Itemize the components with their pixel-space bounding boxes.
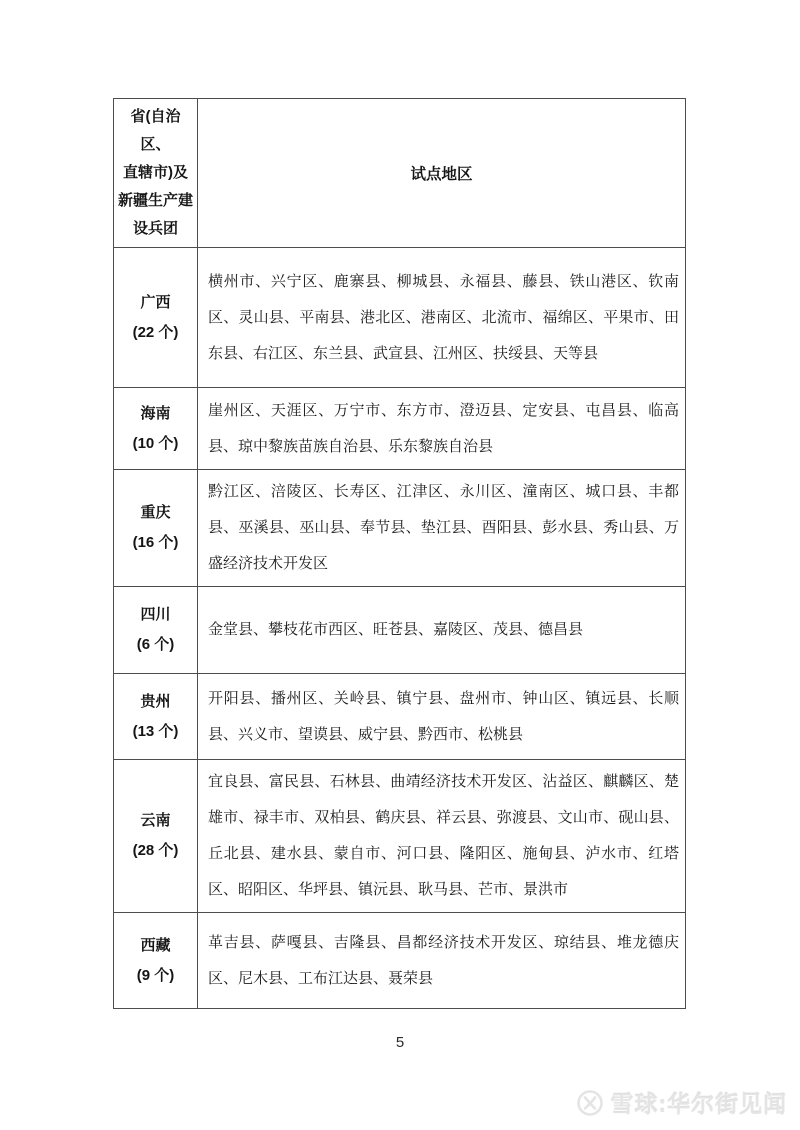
province-cell: 云南 (28 个): [114, 760, 198, 913]
province-count: (6 个): [116, 630, 195, 660]
areas-cell: 横州市、兴宁区、鹿寨县、柳城县、永福县、藤县、铁山港区、钦南区、灵山县、平南县、…: [198, 248, 686, 388]
province-cell: 贵州 (13 个): [114, 674, 198, 760]
xueqiu-logo-icon: [576, 1089, 604, 1117]
province-cell: 广西 (22 个): [114, 248, 198, 388]
province-count: (28 个): [116, 836, 195, 866]
province-count: (9 个): [116, 961, 195, 991]
province-count: (13 个): [116, 717, 195, 747]
province-name: 广西: [116, 288, 195, 318]
table-row: 重庆 (16 个) 黔江区、涪陵区、长寿区、江津区、永川区、潼南区、城口县、丰都…: [114, 470, 686, 587]
header-pilot-areas-cell: 试点地区: [198, 99, 686, 248]
province-cell: 重庆 (16 个): [114, 470, 198, 587]
table-row: 四川 (6 个) 金堂县、攀枝花市西区、旺苍县、嘉陵区、茂县、德昌县: [114, 587, 686, 674]
areas-cell: 宜良县、富民县、石林县、曲靖经济技术开发区、沾益区、麒麟区、楚雄市、禄丰市、双柏…: [198, 760, 686, 913]
province-name: 四川: [116, 600, 195, 630]
header-province-line: 省(自治区、: [116, 103, 195, 159]
table-row: 云南 (28 个) 宜良县、富民县、石林县、曲靖经济技术开发区、沾益区、麒麟区、…: [114, 760, 686, 913]
table-row: 广西 (22 个) 横州市、兴宁区、鹿寨县、柳城县、永福县、藤县、铁山港区、钦南…: [114, 248, 686, 388]
province-count: (10 个): [116, 429, 195, 459]
areas-cell: 黔江区、涪陵区、长寿区、江津区、永川区、潼南区、城口县、丰都县、巫溪县、巫山县、…: [198, 470, 686, 587]
province-name: 海南: [116, 399, 195, 429]
province-name: 贵州: [116, 687, 195, 717]
areas-cell: 金堂县、攀枝花市西区、旺苍县、嘉陵区、茂县、德昌县: [198, 587, 686, 674]
province-cell: 四川 (6 个): [114, 587, 198, 674]
areas-cell: 开阳县、播州区、关岭县、镇宁县、盘州市、钟山区、镇远县、长顺县、兴义市、望谟县、…: [198, 674, 686, 760]
province-cell: 西藏 (9 个): [114, 913, 198, 1009]
header-province-line: 直辖市)及: [116, 159, 195, 187]
province-name: 西藏: [116, 931, 195, 961]
province-cell: 海南 (10 个): [114, 388, 198, 470]
table-row: 海南 (10 个) 崖州区、天涯区、万宁市、东方市、澄迈县、定安县、屯昌县、临高…: [114, 388, 686, 470]
page-number: 5: [0, 1034, 800, 1051]
province-name: 重庆: [116, 498, 195, 528]
header-province-line: 设兵团: [116, 215, 195, 243]
province-count: (22 个): [116, 318, 195, 348]
province-name: 云南: [116, 806, 195, 836]
document-page: 省(自治区、 直辖市)及 新疆生产建 设兵团 试点地区 广西 (22 个) 横州…: [0, 0, 800, 1130]
areas-cell: 革吉县、萨嘎县、吉隆县、昌都经济技术开发区、琼结县、堆龙德庆区、尼木县、工布江达…: [198, 913, 686, 1009]
watermark-text: 雪球:华尔街见闻: [610, 1086, 787, 1119]
header-province-line: 新疆生产建: [116, 187, 195, 215]
province-count: (16 个): [116, 528, 195, 558]
table-row: 西藏 (9 个) 革吉县、萨嘎县、吉隆县、昌都经济技术开发区、琼结县、堆龙德庆区…: [114, 913, 686, 1009]
table-header-row: 省(自治区、 直辖市)及 新疆生产建 设兵团 试点地区: [114, 99, 686, 248]
table-row: 贵州 (13 个) 开阳县、播州区、关岭县、镇宁县、盘州市、钟山区、镇远县、长顺…: [114, 674, 686, 760]
areas-cell: 崖州区、天涯区、万宁市、东方市、澄迈县、定安县、屯昌县、临高县、琼中黎族苗族自治…: [198, 388, 686, 470]
watermark: 雪球:华尔街见闻: [576, 1086, 787, 1119]
header-province-cell: 省(自治区、 直辖市)及 新疆生产建 设兵团: [114, 99, 198, 248]
pilot-areas-table: 省(自治区、 直辖市)及 新疆生产建 设兵团 试点地区 广西 (22 个) 横州…: [113, 98, 686, 1009]
